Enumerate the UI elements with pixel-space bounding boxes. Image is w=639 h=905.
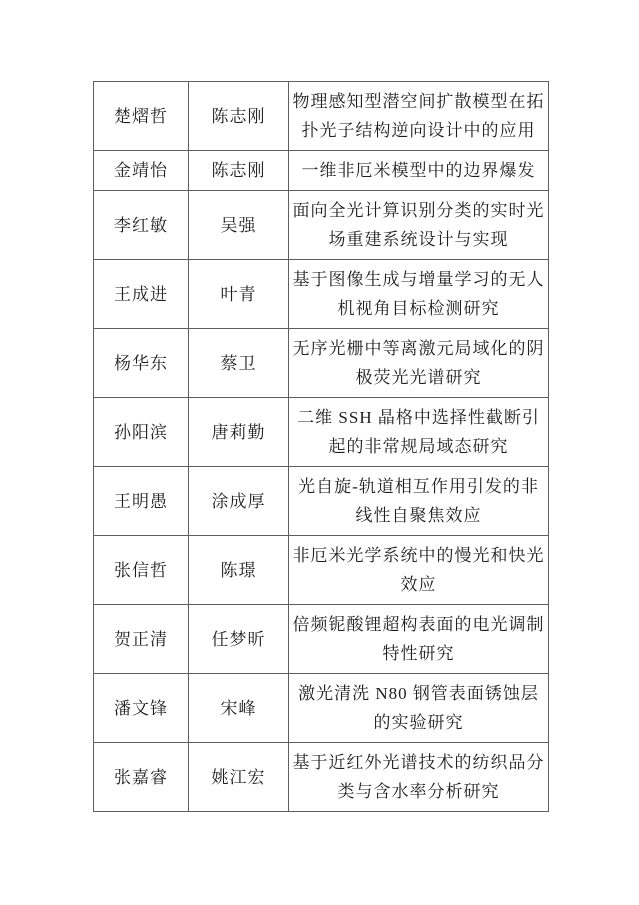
advisor-name-cell: 任梦昕 xyxy=(189,605,289,674)
advisor-name-cell: 蔡卫 xyxy=(189,329,289,398)
student-name-cell: 孙阳滨 xyxy=(94,398,189,467)
advisor-name-cell: 陈志刚 xyxy=(189,82,289,151)
advisor-name-cell: 陈志刚 xyxy=(189,151,289,191)
table-row: 张信哲 陈璟 非厄米光学系统中的慢光和快光效应 xyxy=(94,536,549,605)
table-row: 杨华东 蔡卫 无序光栅中等离激元局域化的阴极荧光光谱研究 xyxy=(94,329,549,398)
table-row: 王成进 叶青 基于图像生成与增量学习的无人机视角目标检测研究 xyxy=(94,260,549,329)
student-name-cell: 贺正清 xyxy=(94,605,189,674)
student-name-cell: 李红敏 xyxy=(94,191,189,260)
thesis-title-cell: 激光清洗 N80 钢管表面锈蚀层的实验研究 xyxy=(289,674,549,743)
student-name-cell: 杨华东 xyxy=(94,329,189,398)
thesis-title-cell: 物理感知型潜空间扩散模型在拓扑光子结构逆向设计中的应用 xyxy=(289,82,549,151)
table-row: 楚熠哲 陈志刚 物理感知型潜空间扩散模型在拓扑光子结构逆向设计中的应用 xyxy=(94,82,549,151)
advisor-name-cell: 吴强 xyxy=(189,191,289,260)
advisor-name-cell: 叶青 xyxy=(189,260,289,329)
thesis-title-cell: 一维非厄米模型中的边界爆发 xyxy=(289,151,549,191)
thesis-title-cell: 基于图像生成与增量学习的无人机视角目标检测研究 xyxy=(289,260,549,329)
thesis-assignment-table: 楚熠哲 陈志刚 物理感知型潜空间扩散模型在拓扑光子结构逆向设计中的应用 金靖怡 … xyxy=(93,81,549,812)
table-row: 金靖怡 陈志刚 一维非厄米模型中的边界爆发 xyxy=(94,151,549,191)
page-background: 楚熠哲 陈志刚 物理感知型潜空间扩散模型在拓扑光子结构逆向设计中的应用 金靖怡 … xyxy=(0,0,639,905)
advisor-name-cell: 姚江宏 xyxy=(189,743,289,812)
advisor-name-cell: 宋峰 xyxy=(189,674,289,743)
student-name-cell: 王明愚 xyxy=(94,467,189,536)
student-name-cell: 张信哲 xyxy=(94,536,189,605)
thesis-title-cell: 倍频铌酸锂超构表面的电光调制特性研究 xyxy=(289,605,549,674)
table-row: 贺正清 任梦昕 倍频铌酸锂超构表面的电光调制特性研究 xyxy=(94,605,549,674)
advisor-name-cell: 涂成厚 xyxy=(189,467,289,536)
advisor-name-cell: 陈璟 xyxy=(189,536,289,605)
table-row: 李红敏 吴强 面向全光计算识别分类的实时光场重建系统设计与实现 xyxy=(94,191,549,260)
thesis-title-cell: 非厄米光学系统中的慢光和快光效应 xyxy=(289,536,549,605)
document-page: { "page": { "background": "#ffffff", "te… xyxy=(0,0,639,905)
thesis-title-cell: 二维 SSH 晶格中选择性截断引起的非常规局域态研究 xyxy=(289,398,549,467)
student-name-cell: 张嘉睿 xyxy=(94,743,189,812)
student-name-cell: 王成进 xyxy=(94,260,189,329)
student-name-cell: 潘文锋 xyxy=(94,674,189,743)
student-name-cell: 楚熠哲 xyxy=(94,82,189,151)
thesis-title-cell: 面向全光计算识别分类的实时光场重建系统设计与实现 xyxy=(289,191,549,260)
table-row: 王明愚 涂成厚 光自旋-轨道相互作用引发的非线性自聚焦效应 xyxy=(94,467,549,536)
advisor-name-cell: 唐莉勤 xyxy=(189,398,289,467)
table-row: 孙阳滨 唐莉勤 二维 SSH 晶格中选择性截断引起的非常规局域态研究 xyxy=(94,398,549,467)
thesis-title-cell: 基于近红外光谱技术的纺织品分类与含水率分析研究 xyxy=(289,743,549,812)
table-row: 张嘉睿 姚江宏 基于近红外光谱技术的纺织品分类与含水率分析研究 xyxy=(94,743,549,812)
table-row: 潘文锋 宋峰 激光清洗 N80 钢管表面锈蚀层的实验研究 xyxy=(94,674,549,743)
thesis-title-cell: 光自旋-轨道相互作用引发的非线性自聚焦效应 xyxy=(289,467,549,536)
student-name-cell: 金靖怡 xyxy=(94,151,189,191)
thesis-title-cell: 无序光栅中等离激元局域化的阴极荧光光谱研究 xyxy=(289,329,549,398)
